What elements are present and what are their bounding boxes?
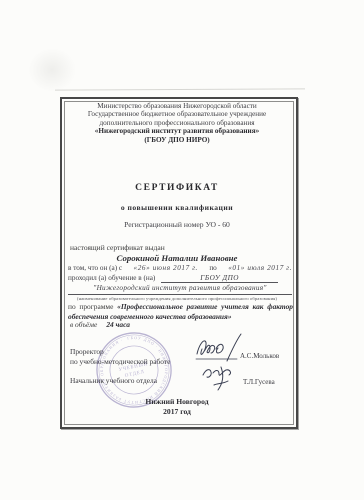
issued-intro-text: настоящий сертификат выдан bbox=[70, 243, 165, 252]
training-prefix: проходил (а) обучение в (на) bbox=[68, 274, 155, 282]
year-label: 2017 год bbox=[60, 407, 294, 416]
org-line-abbrev: (ГБОУ ДПО НИРО) bbox=[60, 136, 294, 144]
organization-header: Министерство образования Нижегородской о… bbox=[60, 102, 294, 144]
signatory-1-name: А.С.Мольков bbox=[240, 352, 279, 360]
signature-2-handwriting bbox=[201, 365, 243, 393]
program-paragraph: по программе «Профессиональное развитие … bbox=[68, 302, 293, 322]
institution-short-underlined: ГБОУ ДПО bbox=[161, 274, 278, 283]
registration-number: Регистрационный номер УО - 60 bbox=[60, 220, 294, 229]
volume-line: в объёме24 часа bbox=[70, 320, 130, 329]
volume-value: 24 часа bbox=[106, 320, 130, 329]
stamp-inner-ring bbox=[106, 342, 163, 399]
period-date-to: «01» июля 2017 г. bbox=[228, 264, 292, 272]
certificate-title: СЕРТИФИКАТ bbox=[60, 183, 294, 193]
org-line-institute: «Нижегородский институт развития образов… bbox=[60, 127, 294, 135]
scan-smudge bbox=[28, 48, 76, 92]
org-line: Министерство образования Нижегородской о… bbox=[60, 102, 294, 110]
signature-1-handwriting bbox=[195, 333, 245, 365]
scan-line-artifact bbox=[55, 88, 305, 90]
recipient-name: Сорокиной Наталии Ивановне bbox=[60, 253, 294, 263]
training-period-line: в том, что он (а) с «26» июня 2017 г. по… bbox=[68, 264, 292, 272]
program-prefix: по программе bbox=[68, 302, 113, 311]
signatory-2-name: Т.Л.Гусева bbox=[243, 378, 275, 386]
city-label: Нижний Новгород bbox=[60, 397, 294, 406]
volume-prefix: в объёме bbox=[70, 320, 97, 329]
org-line: дополнительного профессионального образо… bbox=[60, 119, 294, 127]
certificate-subtitle: о повышении квалификации bbox=[60, 203, 294, 212]
institution-caption: (наименование образовательного учреждени… bbox=[62, 296, 292, 301]
scanned-certificate-page: Министерство образования Нижегородской о… bbox=[0, 0, 364, 500]
org-line: Государственное бюджетное образовательно… bbox=[60, 110, 294, 118]
period-date-from: «26» июня 2017 г. bbox=[134, 264, 198, 272]
period-middle: по bbox=[209, 264, 216, 272]
training-place-line: проходил (а) обучение в (на) ГБОУ ДПО bbox=[68, 274, 292, 283]
period-prefix: в том, что он (а) с bbox=[68, 264, 122, 272]
institution-full-underlined: "Нижегородский институт развития образов… bbox=[68, 284, 292, 295]
